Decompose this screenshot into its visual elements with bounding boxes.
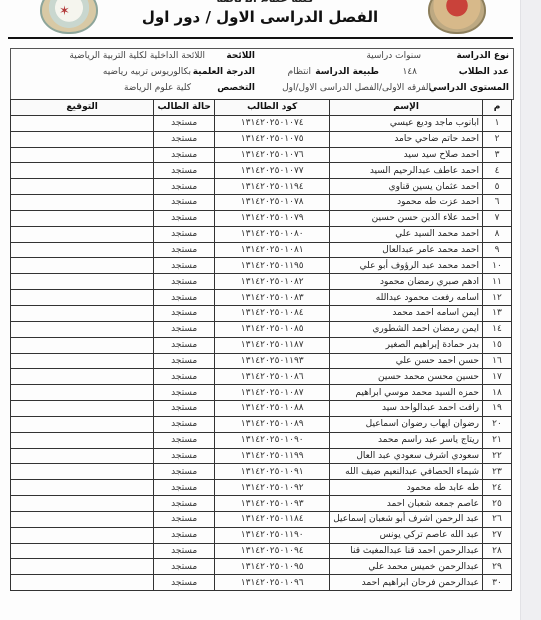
study-type-value: سنوات دراسية [366,51,421,61]
table-row: ٢احمد حاتم ضاحي حامد١٣١٤٢٠٢٥٠١٠٧٥مستجد [11,131,512,147]
row-number: ٢٧ [483,527,512,543]
student-code: ١٣١٤٢٠٢٥٠١٠٩٢ [215,480,330,496]
table-row: ٢٧عبد الله عاصم تركي يونس١٣١٤٢٠٢٥٠١١٩٠مس… [11,527,512,543]
page-title: الفصل الدراسى الاول / دور اول [140,8,380,26]
table-row: ١٣ايمن اسامه احمد محمد١٣١٤٢٠٢٥٠١٠٨٤مستجد [11,305,512,321]
university-logo [428,0,486,34]
course-info-box: نوع الدراسة سنوات دراسية اللائحة اللائحة… [10,48,514,100]
header-code: كود الطالب [215,100,330,116]
student-name: عبدالرحمن فرحان ابراهيم احمد [330,575,483,591]
student-name: احمد محمد السيد علي [330,226,483,242]
student-name: عبد الرحمن اشرف أبو شعبان إسماعيل [330,511,483,527]
student-code: ١٣١٤٢٠٢٥٠١٠٩٠ [215,432,330,448]
row-number: ٢١ [483,432,512,448]
student-code: ١٣١٤٢٠٢٥٠١٠٨٥ [215,321,330,337]
row-number: ٢٠ [483,416,512,432]
student-code: ١٣١٤٢٠٢٥٠١١٩٩ [215,448,330,464]
signature-cell [11,448,154,464]
student-name: احمد محمد عبد الرؤوف أبو علي [330,258,483,274]
regulation-value: اللائحة الداخلية لكلية التربية الرياضية [69,51,205,61]
student-status: مستجد [154,115,215,131]
student-name: اسامه رفعت محمود عبدالله [330,290,483,306]
row-number: ١٠ [483,258,512,274]
row-number: ١١ [483,274,512,290]
signature-cell [11,527,154,543]
row-number: ١٨ [483,385,512,401]
student-code: ١٣١٤٢٠٢٥٠١٠٩٤ [215,543,330,559]
level-value: الفرقه الاولى/الفصل الدراسى الاول/اول [282,83,431,93]
student-code: ١٣١٤٢٠٢٥٠١٠٨٤ [215,305,330,321]
table-row: ٩احمد محمد عامر عبدالعال١٣١٤٢٠٢٥٠١٠٨١مست… [11,242,512,258]
student-name: عبدالرحمن احمد قنا عبدالمغيث قنا [330,543,483,559]
student-status: مستجد [154,290,215,306]
student-status: مستجد [154,416,215,432]
student-status: مستجد [154,210,215,226]
table-row: ٧احمد علاء الدين حسن حسين١٣١٤٢٠٢٥٠١٠٧٩مس… [11,210,512,226]
students-table: م الإسم كود الطالب حالة الطالب التوقيع ١… [10,99,512,591]
table-row: ١٢اسامه رفعت محمود عبدالله١٣١٤٢٠٢٥٠١٠٨٣م… [11,290,512,306]
table-row: ٤احمد عاطف عبدالرحيم السيد١٣١٤٢٠٢٥٠١٠٧٧م… [11,163,512,179]
row-number: ٢٥ [483,496,512,512]
signature-cell [11,290,154,306]
students-count-value: ١٤٨ [402,67,417,77]
table-row: ٢٠رضوان ايهاب رضوان اسماعيل١٣١٤٢٠٢٥٠١٠٨٩… [11,416,512,432]
table-row: ٨احمد محمد السيد علي١٣١٤٢٠٢٥٠١٠٨٠مستجد [11,226,512,242]
student-name: احمد علاء الدين حسن حسين [330,210,483,226]
level-label: المستوى الدراسي [429,83,509,93]
student-code: ١٣١٤٢٠٢٥٠١٠٨٩ [215,416,330,432]
table-row: ١٦حسن احمد حسن علي١٣١٤٢٠٢٥٠١١٩٣مستجد [11,353,512,369]
signature-cell [11,543,154,559]
signature-cell [11,337,154,353]
table-row: ٣احمد صلاح سيد سيد١٣١٤٢٠٢٥٠١٠٧٦مستجد [11,147,512,163]
student-code: ١٣١٤٢٠٢٥٠١٠٩١ [215,464,330,480]
degree-value: بكالوريوس تربيه رياضيه [103,67,191,77]
study-nature-value: انتظام [288,67,311,77]
table-row: ١٨حمزه السيد محمد موسي ابراهيم١٣١٤٢٠٢٥٠١… [11,385,512,401]
row-number: ١٩ [483,401,512,417]
student-status: مستجد [154,401,215,417]
regulation-label: اللائحة [226,51,255,61]
signature-cell [11,210,154,226]
row-number: ٨ [483,226,512,242]
student-code: ١٣١٤٢٠٢٥٠١٠٨٨ [215,401,330,417]
table-row: ١٧حسين محسن محمد حسين١٣١٤٢٠٢٥٠١٠٨٦مستجد [11,369,512,385]
table-row: ٢٤طه عابد طه محمود١٣١٤٢٠٢٥٠١٠٩٢مستجد [11,480,512,496]
row-number: ٧ [483,210,512,226]
signature-cell [11,115,154,131]
student-name: حسين محسن محمد حسين [330,369,483,385]
table-body: ١ابانوب ماجد وديع عيسي١٣١٤٢٠٢٥٠١٠٧٤مستجد… [11,115,512,590]
student-status: مستجد [154,242,215,258]
student-status: مستجد [154,131,215,147]
student-code: ١٣١٤٢٠٢٥٠١٠٨٦ [215,369,330,385]
signature-cell [11,305,154,321]
student-status: مستجد [154,448,215,464]
signature-cell [11,369,154,385]
student-status: مستجد [154,163,215,179]
student-name: ادهم صبري رمضان محمود [330,274,483,290]
signature-cell [11,321,154,337]
student-code: ١٣١٤٢٠٢٥٠١١٨٧ [215,337,330,353]
header-top-line: كلية علوم الرياضة [180,0,350,2]
table-row: ٢٦عبد الرحمن اشرف أبو شعبان إسماعيل١٣١٤٢… [11,511,512,527]
student-name: شيماء الحصافي عبدالنعيم ضيف الله [330,464,483,480]
specialization-value: كلية علوم الرياضة [124,83,191,93]
student-status: مستجد [154,321,215,337]
signature-cell [11,511,154,527]
table-row: ١٠احمد محمد عبد الرؤوف أبو علي١٣١٤٢٠٢٥٠١… [11,258,512,274]
signature-cell [11,464,154,480]
header-status: حالة الطالب [154,100,215,116]
header-divider [8,37,513,39]
student-code: ١٣١٤٢٠٢٥٠١١٩٠ [215,527,330,543]
student-code: ١٣١٤٢٠٢٥٠١١٨٤ [215,511,330,527]
row-number: ١٦ [483,353,512,369]
students-count-label: عدد الطلاب [459,67,509,77]
student-status: مستجد [154,369,215,385]
table-row: ١ابانوب ماجد وديع عيسي١٣١٤٢٠٢٥٠١٠٧٤مستجد [11,115,512,131]
student-status: مستجد [154,147,215,163]
signature-cell [11,226,154,242]
row-number: ٩ [483,242,512,258]
table-row: ١٤ايمن رمضان احمد الشطوري١٣١٤٢٠٢٥٠١٠٨٥مس… [11,321,512,337]
study-nature-label: طبيعة الدراسة [315,67,379,77]
signature-cell [11,385,154,401]
row-number: ٢٢ [483,448,512,464]
student-name: احمد حاتم ضاحي حامد [330,131,483,147]
header-name: الإسم [330,100,483,116]
row-number: ١٧ [483,369,512,385]
faculty-logo: ✶ [40,0,98,34]
student-code: ١٣١٤٢٠٢٥٠١٠٨١ [215,242,330,258]
student-name: سعودي اشرف سعودي عبد العال [330,448,483,464]
signature-cell [11,575,154,591]
student-name: رضوان ايهاب رضوان اسماعيل [330,416,483,432]
viewer-edge [520,0,541,620]
student-code: ١٣١٤٢٠٢٥٠١٠٨٣ [215,290,330,306]
table-header-row: م الإسم كود الطالب حالة الطالب التوقيع [11,100,512,116]
student-status: مستجد [154,464,215,480]
degree-label: الدرجة العلمية [193,67,255,77]
student-name: ريتاج ياسر عبد راسم محمد [330,432,483,448]
signature-cell [11,496,154,512]
student-name: احمد عاطف عبدالرحيم السيد [330,163,483,179]
signature-cell [11,274,154,290]
row-number: ٣ [483,147,512,163]
signature-cell [11,416,154,432]
row-number: ٤ [483,163,512,179]
row-number: ١٢ [483,290,512,306]
signature-cell [11,147,154,163]
signature-cell [11,401,154,417]
student-status: مستجد [154,305,215,321]
table-row: ١٥بدر حمادة إبراهيم الصغير١٣١٤٢٠٢٥٠١١٨٧م… [11,337,512,353]
row-number: ٢٤ [483,480,512,496]
student-code: ١٣١٤٢٠٢٥٠١٠٧٤ [215,115,330,131]
table-row: ٢١ريتاج ياسر عبد راسم محمد١٣١٤٢٠٢٥٠١٠٩٠م… [11,432,512,448]
student-code: ١٣١٤٢٠٢٥٠١٠٨٠ [215,226,330,242]
document-page: ✶ كلية علوم الرياضة الفصل الدراسى الاول … [0,0,520,620]
row-number: ١٣ [483,305,512,321]
signature-cell [11,258,154,274]
row-number: ٢ [483,131,512,147]
student-code: ١٣١٤٢٠٢٥٠١٠٩٦ [215,575,330,591]
student-name: طه عابد طه محمود [330,480,483,496]
row-number: ٦ [483,195,512,211]
student-status: مستجد [154,543,215,559]
table-row: ٦احمد عزت طه محمود١٣١٤٢٠٢٥٠١٠٧٨مستجد [11,195,512,211]
student-status: مستجد [154,496,215,512]
header-num: م [483,100,512,116]
student-code: ١٣١٤٢٠٢٥٠١٠٧٧ [215,163,330,179]
student-code: ١٣١٤٢٠٢٥٠١٠٧٩ [215,210,330,226]
student-status: مستجد [154,511,215,527]
student-status: مستجد [154,337,215,353]
table-row: ٢٣شيماء الحصافي عبدالنعيم ضيف الله١٣١٤٢٠… [11,464,512,480]
student-status: مستجد [154,432,215,448]
student-name: رافت احمد عبدالواحد سيد [330,401,483,417]
table-row: ١٩رافت احمد عبدالواحد سيد١٣١٤٢٠٢٥٠١٠٨٨مس… [11,401,512,417]
student-name: حسن احمد حسن علي [330,353,483,369]
student-status: مستجد [154,480,215,496]
figures-emblem-icon: ✶ [59,4,70,19]
student-name: ايمن اسامه احمد محمد [330,305,483,321]
student-status: مستجد [154,274,215,290]
student-name: عبد الله عاصم تركي يونس [330,527,483,543]
student-status: مستجد [154,559,215,575]
table-row: ٢٢سعودي اشرف سعودي عبد العال١٣١٤٢٠٢٥٠١١٩… [11,448,512,464]
student-code: ١٣١٤٢٠٢٥٠١٠٨٧ [215,385,330,401]
student-name: احمد عثمان يسين قناوي [330,179,483,195]
row-number: ١٥ [483,337,512,353]
student-code: ١٣١٤٢٠٢٥٠١٠٧٥ [215,131,330,147]
row-number: ٥ [483,179,512,195]
signature-cell [11,480,154,496]
student-name: ابانوب ماجد وديع عيسي [330,115,483,131]
student-status: مستجد [154,385,215,401]
table-row: ١١ادهم صبري رمضان محمود١٣١٤٢٠٢٥٠١٠٨٢مستج… [11,274,512,290]
student-status: مستجد [154,258,215,274]
student-status: مستجد [154,226,215,242]
signature-cell [11,163,154,179]
signature-cell [11,179,154,195]
student-name: عاصم جمعه شعبان احمد [330,496,483,512]
signature-cell [11,432,154,448]
student-code: ١٣١٤٢٠٢٥٠١٠٨٢ [215,274,330,290]
student-code: ١٣١٤٢٠٢٥٠١٠٩٣ [215,496,330,512]
student-code: ١٣١٤٢٠٢٥٠١٠٧٦ [215,147,330,163]
student-name: بدر حمادة إبراهيم الصغير [330,337,483,353]
row-number: ٢٩ [483,559,512,575]
signature-cell [11,195,154,211]
signature-cell [11,131,154,147]
signature-cell [11,559,154,575]
student-name: عبدالرحمن خميس محمد علي [330,559,483,575]
table-row: ٢٩عبدالرحمن خميس محمد علي١٣١٤٢٠٢٥٠١٠٩٥مس… [11,559,512,575]
student-code: ١٣١٤٢٠٢٥٠١١٩٥ [215,258,330,274]
student-name: ايمن رمضان احمد الشطوري [330,321,483,337]
student-code: ١٣١٤٢٠٢٥٠١١٩٣ [215,353,330,369]
row-number: ٢٨ [483,543,512,559]
signature-cell [11,242,154,258]
study-type-label: نوع الدراسة [456,51,509,61]
student-code: ١٣١٤٢٠٢٥٠١٠٧٨ [215,195,330,211]
header-signature: التوقيع [11,100,154,116]
table-row: ٢٨عبدالرحمن احمد قنا عبدالمغيث قنا١٣١٤٢٠… [11,543,512,559]
student-name: احمد عزت طه محمود [330,195,483,211]
student-code: ١٣١٤٢٠٢٥٠١٠٩٥ [215,559,330,575]
row-number: ١٤ [483,321,512,337]
table-row: ٢٥عاصم جمعه شعبان احمد١٣١٤٢٠٢٥٠١٠٩٣مستجد [11,496,512,512]
row-number: ٣٠ [483,575,512,591]
table-row: ٥احمد عثمان يسين قناوي١٣١٤٢٠٢٥٠١١٩٤مستجد [11,179,512,195]
table-row: ٣٠عبدالرحمن فرحان ابراهيم احمد١٣١٤٢٠٢٥٠١… [11,575,512,591]
student-name: حمزه السيد محمد موسي ابراهيم [330,385,483,401]
specialization-label: التخصص [217,83,255,93]
student-status: مستجد [154,353,215,369]
student-status: مستجد [154,179,215,195]
student-status: مستجد [154,575,215,591]
student-name: احمد صلاح سيد سيد [330,147,483,163]
student-status: مستجد [154,527,215,543]
row-number: ١ [483,115,512,131]
row-number: ٢٣ [483,464,512,480]
student-name: احمد محمد عامر عبدالعال [330,242,483,258]
row-number: ٢٦ [483,511,512,527]
student-code: ١٣١٤٢٠٢٥٠١١٩٤ [215,179,330,195]
signature-cell [11,353,154,369]
student-status: مستجد [154,195,215,211]
